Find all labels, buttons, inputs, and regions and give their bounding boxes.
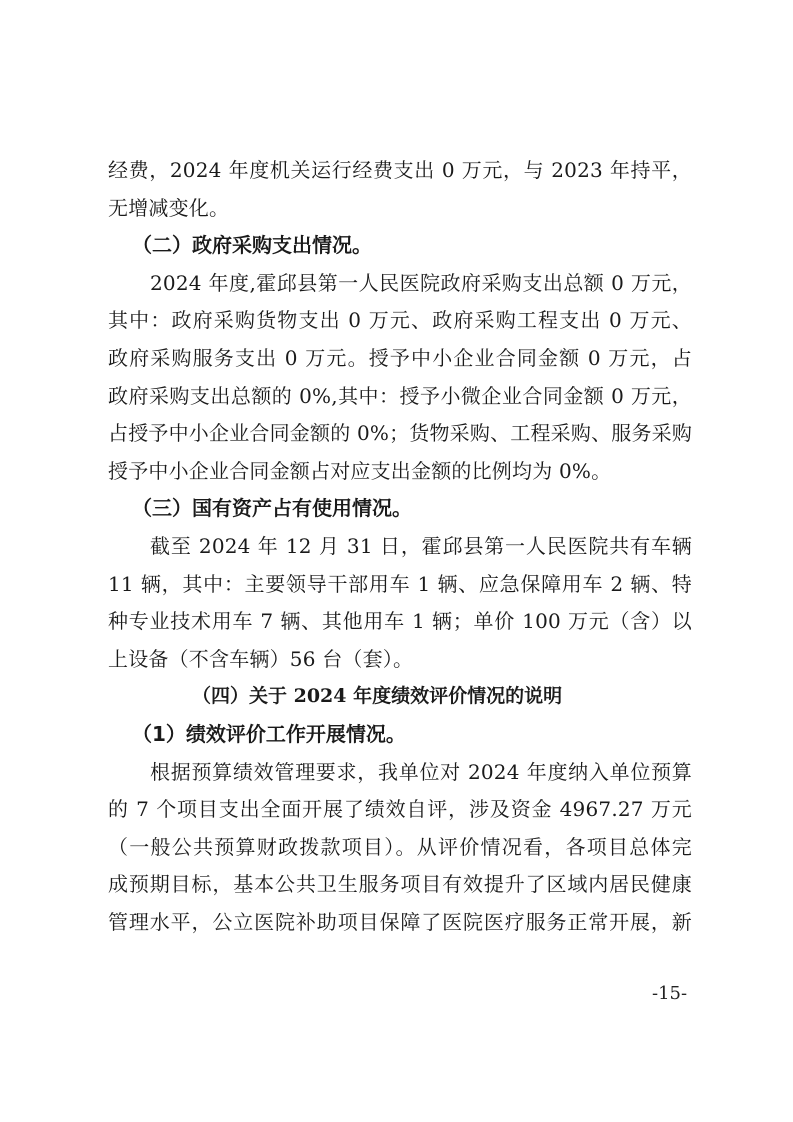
document-page: 经费，2024 年度机关运行经费支出 0 万元，与 2023 年持平， 无增减变… (0, 0, 793, 1122)
text-line: 上设备（不含车辆）56 台（套）。 (108, 641, 692, 679)
text-line: 成预期目标，基本公共卫生服务项目有效提升了区域内居民健康 (108, 866, 692, 904)
text-line: 种专业技术用车 7 辆、其他用车 1 辆；单价 100 万元（含）以 (108, 603, 692, 641)
text-line: 的 7 个项目支出全面开展了绩效自评，涉及资金 4967.27 万元 (108, 791, 692, 829)
page-body: 经费，2024 年度机关运行经费支出 0 万元，与 2023 年持平， 无增减变… (108, 152, 692, 941)
text-line: 11 辆，其中：主要领导干部用车 1 辆、应急保障用车 2 辆、特 (108, 566, 692, 604)
text-line: 经费，2024 年度机关运行经费支出 0 万元，与 2023 年持平， (108, 152, 692, 190)
text-line: 根据预算绩效管理要求，我单位对 2024 年度纳入单位预算 (108, 754, 692, 792)
text-line: 授予中小企业合同金额占对应支出金额的比例均为 0%。 (108, 453, 692, 491)
text-line: 无增减变化。 (108, 190, 692, 228)
text-line: 政府采购支出总额的 0%,其中：授予小微企业合同金额 0 万元， (108, 378, 692, 416)
text-line: 管理水平，公立医院补助项目保障了医院医疗服务正常开展，新 (108, 904, 692, 942)
section-heading-state-assets: （三）国有资产占有使用情况。 (108, 490, 692, 528)
text-line: 其中：政府采购货物支出 0 万元、政府采购工程支出 0 万元、 (108, 302, 692, 340)
section-heading-performance-evaluation: （四）关于 2024 年度绩效评价情况的说明 (108, 678, 692, 716)
section-heading-procurement: （二）政府采购支出情况。 (108, 227, 692, 265)
text-line: 政府采购服务支出 0 万元。授予中小企业合同金额 0 万元，占 (108, 340, 692, 378)
text-line: 2024 年度,霍邱县第一人民医院政府采购支出总额 0 万元， (108, 265, 692, 303)
text-line: 占授予中小企业合同金额的 0%；货物采购、工程采购、服务采购 (108, 415, 692, 453)
text-line: 截至 2024 年 12 月 31 日，霍邱县第一人民医院共有车辆 (108, 528, 692, 566)
subsection-heading-evaluation-work: （1）绩效评价工作开展情况。 (108, 716, 692, 754)
text-line: （一般公共预算财政拨款项目）。从评价情况看，各项目总体完 (108, 829, 692, 867)
page-number: -15- (652, 983, 687, 1004)
